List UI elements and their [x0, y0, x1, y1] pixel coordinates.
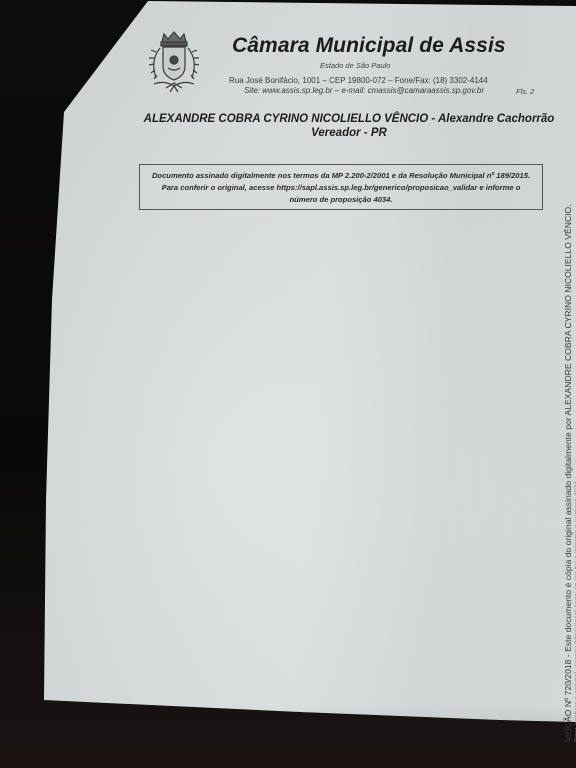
author-block: ALEXANDRE COBRA CYRINO NICOLIELLO VÊNCIO… [140, 112, 558, 140]
signature-notice-line-2: Para conferir o original, acesse https:/… [146, 182, 536, 194]
institution-contact: Site: www.assis.sp.leg.br – e-mail: cmas… [244, 86, 484, 95]
institution-state: Estado de São Paulo [320, 61, 390, 70]
author-name: ALEXANDRE COBRA CYRINO NICOLIELLO VÊNCIO… [140, 112, 558, 126]
page-folio: Fls. 2 [516, 87, 534, 96]
photo-scene: Câmara Municipal de Assis Estado de São … [0, 0, 576, 768]
institution-title: Câmara Municipal de Assis [232, 34, 506, 58]
author-role: Vereador - PR [140, 126, 558, 140]
margin-stamp-line-1: MOÇÃO Nº 720/2018 - Este documento é cóp… [563, 204, 573, 742]
digital-signature-notice: Documento assinado digitalmente nos term… [139, 164, 543, 210]
margin-authentication-stamp: MOÇÃO Nº 720/2018 - Este documento é cóp… [563, 204, 576, 742]
signature-notice-line-3: número de proposição 4034. [146, 194, 536, 206]
signature-notice-line-1: Documento assinado digitalmente nos term… [146, 170, 536, 182]
municipal-coat-of-arms-icon [144, 30, 204, 98]
institution-address: Rua José Bonifácio, 1001 – CEP 19800-072… [229, 76, 488, 85]
